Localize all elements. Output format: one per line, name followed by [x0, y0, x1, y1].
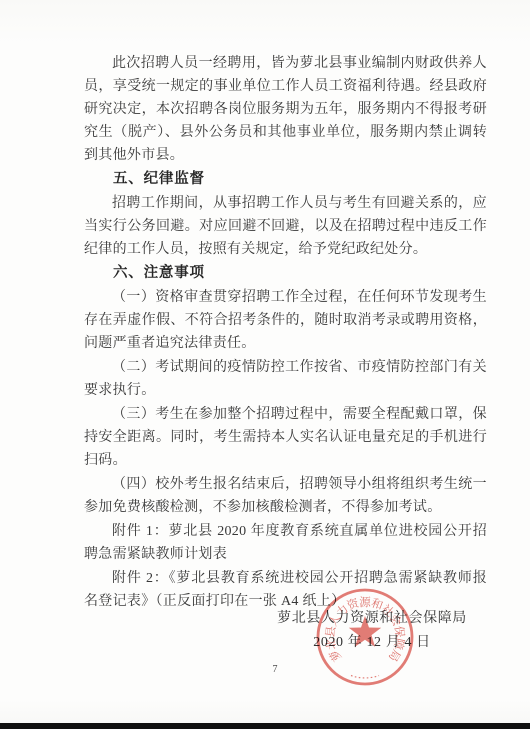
official-seal-stamp: 萝北县人力资源和社会保障局 [310, 582, 420, 692]
seal-star-icon [349, 616, 381, 647]
note-item-2: （二）考试期间的疫情防控工作按省、市疫情防控部门有关要求执行。 [84, 356, 487, 402]
section-heading-discipline: 五、纪律监督 [84, 168, 487, 191]
scan-edge-bar [0, 723, 530, 729]
page-number: 7 [264, 664, 286, 675]
seal-code-arc [351, 676, 379, 678]
section-heading-notes: 六、注意事项 [84, 262, 487, 285]
note-item-4: （四）校外考生报名结束后，招聘领导小组将组织考生统一参加免费核酸检测，不参加核酸… [84, 473, 487, 519]
svg-text:北: 北 [324, 637, 339, 651]
attachment-1: 附件 1：萝北县 2020 年度教育系统直属单位进校园公开招聘急需紧缺教师计划表 [84, 520, 487, 566]
document-body: 此次招聘人员一经聘用，皆为萝北县事业编制内财政供养人员，享受统一规定的事业单位工… [84, 52, 487, 614]
note-item-1: （一）资格审查贯穿招聘工作全过程，在任何环节发现考生存在弄虚作假、不符合招考条件… [84, 286, 487, 355]
body-paragraph-employment-terms: 此次招聘人员一经聘用，皆为萝北县事业编制内财政供养人员，享受统一规定的事业单位工… [84, 52, 487, 167]
body-paragraph-recusal: 招聘工作期间，从事招聘工作人员与考生有回避关系的，应当实行公务回避。对应回避不回… [84, 192, 487, 261]
document-page: 此次招聘人员一经聘用，皆为萝北县事业编制内财政供养人员，享受统一规定的事业单位工… [0, 0, 530, 729]
note-item-3: （三）考生在参加整个招聘过程中，需要全程配戴口罩，保持安全距离。同时，考生需持本… [84, 403, 487, 472]
